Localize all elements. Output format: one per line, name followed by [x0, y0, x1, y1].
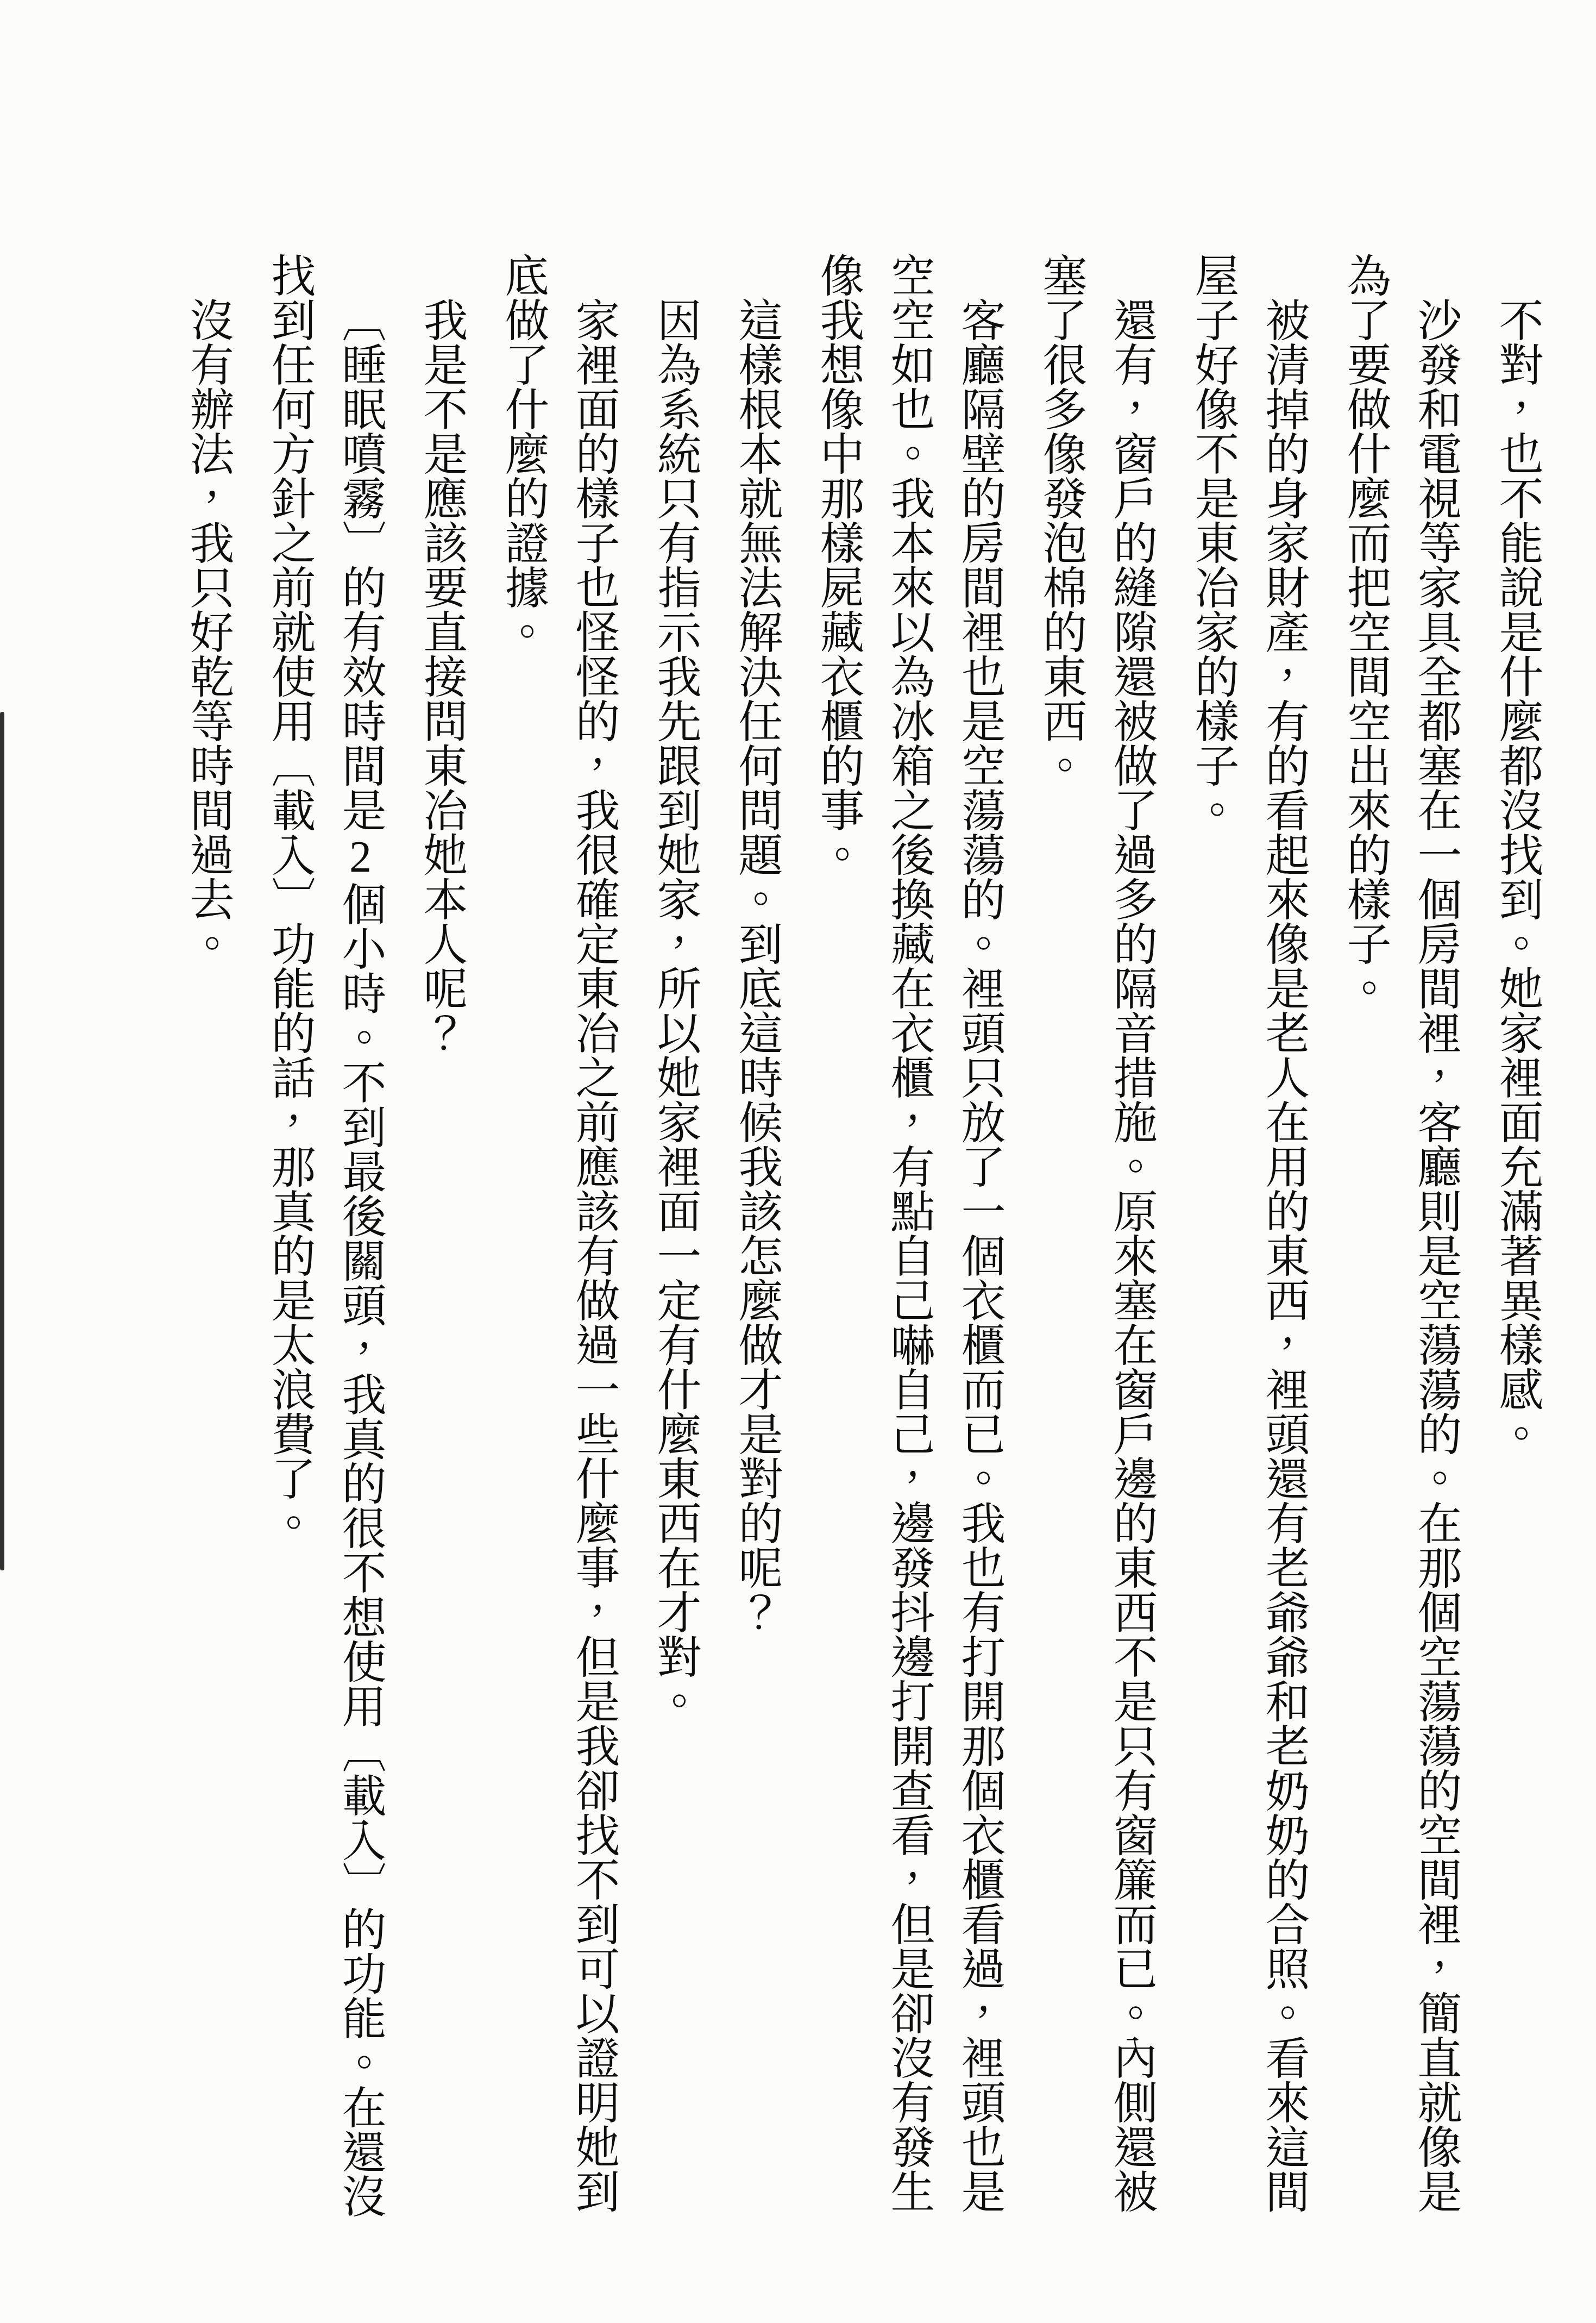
scan-edge-artifact — [0, 712, 4, 1570]
paragraph: 沒有辦法，我只好乾等時間過去。 — [173, 253, 243, 2236]
text-block: 不對，也不能說是什麼都沒找到。她家裡面充滿著異樣感。沙發和電視等家具全都塞在一個… — [162, 253, 1553, 2236]
paragraph: 被清掉的身家財產，有的看起來像是老人在用的東西，裡頭還有老爺爺和老奶奶的合照。看… — [1178, 253, 1319, 2236]
paragraph: 因為系統只有指示我先跟到她家，所以她家裡面一定有什麼東西在才對。 — [640, 253, 711, 2236]
paragraph: 不對，也不能說是什麼都沒找到。她家裡面充滿著異樣感。 — [1482, 253, 1553, 2236]
paragraph: 這樣根本就無法解決任何問題。到底這時候我該怎麼做才是對的呢？ — [721, 253, 792, 2236]
scanned-page: 不對，也不能說是什麼都沒找到。她家裡面充滿著異樣感。沙發和電視等家具全都塞在一個… — [0, 0, 1596, 2323]
paragraph: 客廳隔壁的房間裡也是空蕩蕩的。裡頭只放了一個衣櫃而已。我也有打開那個衣櫃看過，裡… — [803, 253, 1015, 2236]
paragraph: 家裡面的樣子也怪怪的，我很確定東冶之前應該有做過一些什麼事，但是我卻找不到可以證… — [488, 253, 629, 2236]
paragraph: 我是不是應該要直接問東冶她本人呢？ — [406, 253, 477, 2236]
paragraph: 還有，窗戶的縫隙還被做了過多的隔音措施。原來塞在窗戶邊的東西不是只有窗簾而已。內… — [1026, 253, 1167, 2236]
paragraph: 〔睡眠噴霧〕的有效時間是2個小時。不到最後關頭，我真的很不想使用〔載入〕的功能。… — [254, 253, 395, 2236]
paragraph: 沙發和電視等家具全都塞在一個房間裡，客廳則是空蕩蕩的。在那個空蕩蕩的空間裡，簡直… — [1330, 253, 1471, 2236]
